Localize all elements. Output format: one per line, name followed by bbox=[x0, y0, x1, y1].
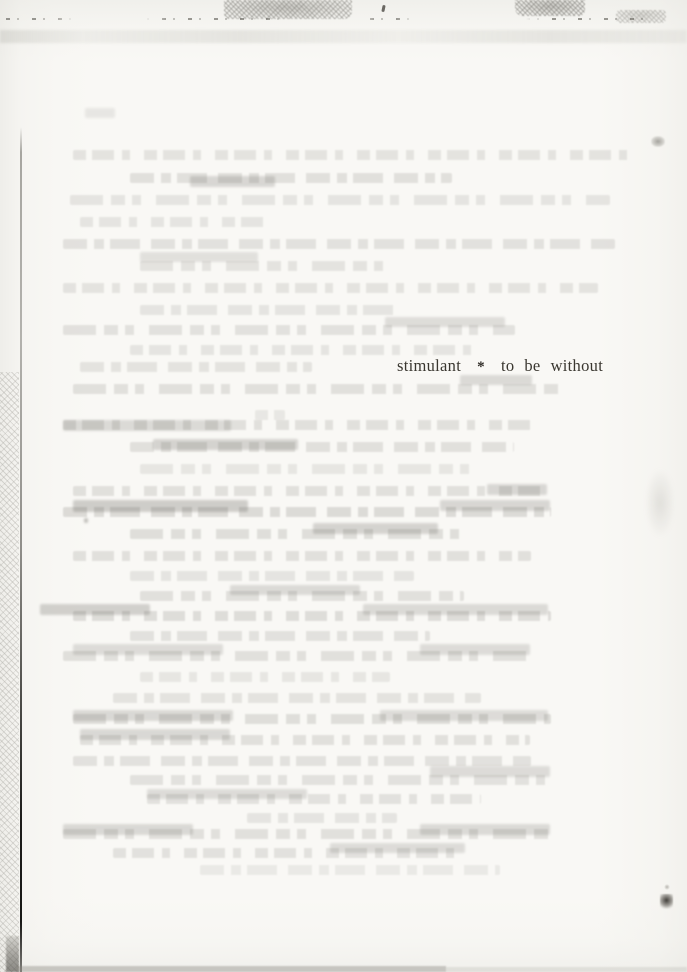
ghost-text-line bbox=[113, 693, 481, 703]
ghost-text-patch bbox=[73, 710, 233, 721]
ghost-text-patch bbox=[153, 439, 298, 450]
ghost-text-patch bbox=[190, 176, 275, 187]
ghost-text-line bbox=[140, 261, 398, 271]
scan-artifact-smudge-top-center bbox=[224, 0, 352, 19]
ghost-text-patch bbox=[330, 843, 465, 853]
ghost-text-patch bbox=[73, 500, 248, 512]
ghost-text-patch bbox=[440, 500, 550, 511]
ghost-text-line bbox=[70, 195, 610, 205]
scan-artifact-ink-speck bbox=[381, 5, 385, 12]
scan-artifact-right-edge-shadow bbox=[645, 468, 675, 538]
ghost-text-line bbox=[140, 305, 398, 315]
ghost-text-line bbox=[140, 672, 390, 682]
scan-artifact-left-edge-noise bbox=[0, 372, 19, 972]
ghost-text-patch bbox=[80, 729, 230, 740]
ghost-text-line bbox=[140, 464, 477, 474]
ghost-text-patch bbox=[230, 585, 360, 595]
asterisk-symbol: * bbox=[477, 357, 485, 378]
ghost-text-patch bbox=[420, 824, 550, 835]
ghost-text-line bbox=[200, 865, 500, 875]
ghost-text-line bbox=[73, 384, 565, 394]
ghost-text-patch bbox=[313, 523, 438, 534]
text-word-be: be bbox=[524, 355, 540, 376]
text-word-to: to bbox=[501, 355, 514, 376]
scan-artifact-smudge-top-right-2 bbox=[616, 10, 666, 23]
scan-artifact-smudge-top-right bbox=[515, 0, 585, 16]
ghost-text-line bbox=[63, 283, 598, 293]
ghost-text-line bbox=[80, 217, 268, 227]
scan-artifact-bottom-edge bbox=[16, 966, 446, 972]
scan-artifact-ink-blot-right-bottom bbox=[660, 894, 673, 909]
ghost-text-line bbox=[73, 756, 531, 766]
ghost-text-line bbox=[130, 345, 478, 355]
ghost-text-line bbox=[247, 813, 397, 823]
ghost-text-patch bbox=[40, 604, 150, 615]
ghost-text-patch bbox=[140, 252, 258, 262]
ghost-text-patch bbox=[363, 604, 548, 615]
ghost-text-patch bbox=[385, 317, 505, 327]
scan-artifact-ink-spot-right-top bbox=[651, 136, 665, 147]
scanned-book-page: stimulant * to be without bbox=[0, 0, 687, 972]
ghost-text-line bbox=[73, 551, 531, 561]
ghost-text-line bbox=[255, 410, 285, 420]
ghost-text-line bbox=[80, 362, 312, 372]
ghost-text-patch bbox=[63, 420, 231, 431]
ghost-text-line bbox=[63, 239, 615, 249]
ghost-text-line bbox=[130, 631, 430, 641]
ghost-text-patch bbox=[380, 710, 548, 721]
scan-artifact-bottom-edge-right bbox=[446, 967, 687, 972]
ghost-text-patch bbox=[487, 484, 547, 495]
ghost-text-patch bbox=[147, 789, 307, 799]
text-word-stimulant: stimulant bbox=[397, 355, 461, 376]
ghost-text-line bbox=[130, 173, 452, 183]
printed-text-line: stimulant * to be without bbox=[397, 355, 603, 378]
ghost-text-line bbox=[130, 571, 414, 581]
ghost-text-patch bbox=[420, 644, 530, 655]
ghost-text-line bbox=[73, 150, 630, 160]
scan-artifact-page-fold-line bbox=[20, 127, 22, 972]
ghost-text-patch bbox=[85, 108, 115, 118]
scan-artifact-ink-dot-right-bottom bbox=[664, 884, 670, 890]
text-word-without: without bbox=[551, 355, 604, 376]
ghost-text-patch bbox=[63, 824, 193, 835]
ghost-text-patch bbox=[430, 766, 550, 777]
scan-artifact-gray-band bbox=[0, 30, 687, 43]
ghost-text-patch bbox=[84, 518, 88, 523]
ghost-text-patch bbox=[73, 644, 223, 655]
ghost-text-line bbox=[73, 486, 547, 496]
